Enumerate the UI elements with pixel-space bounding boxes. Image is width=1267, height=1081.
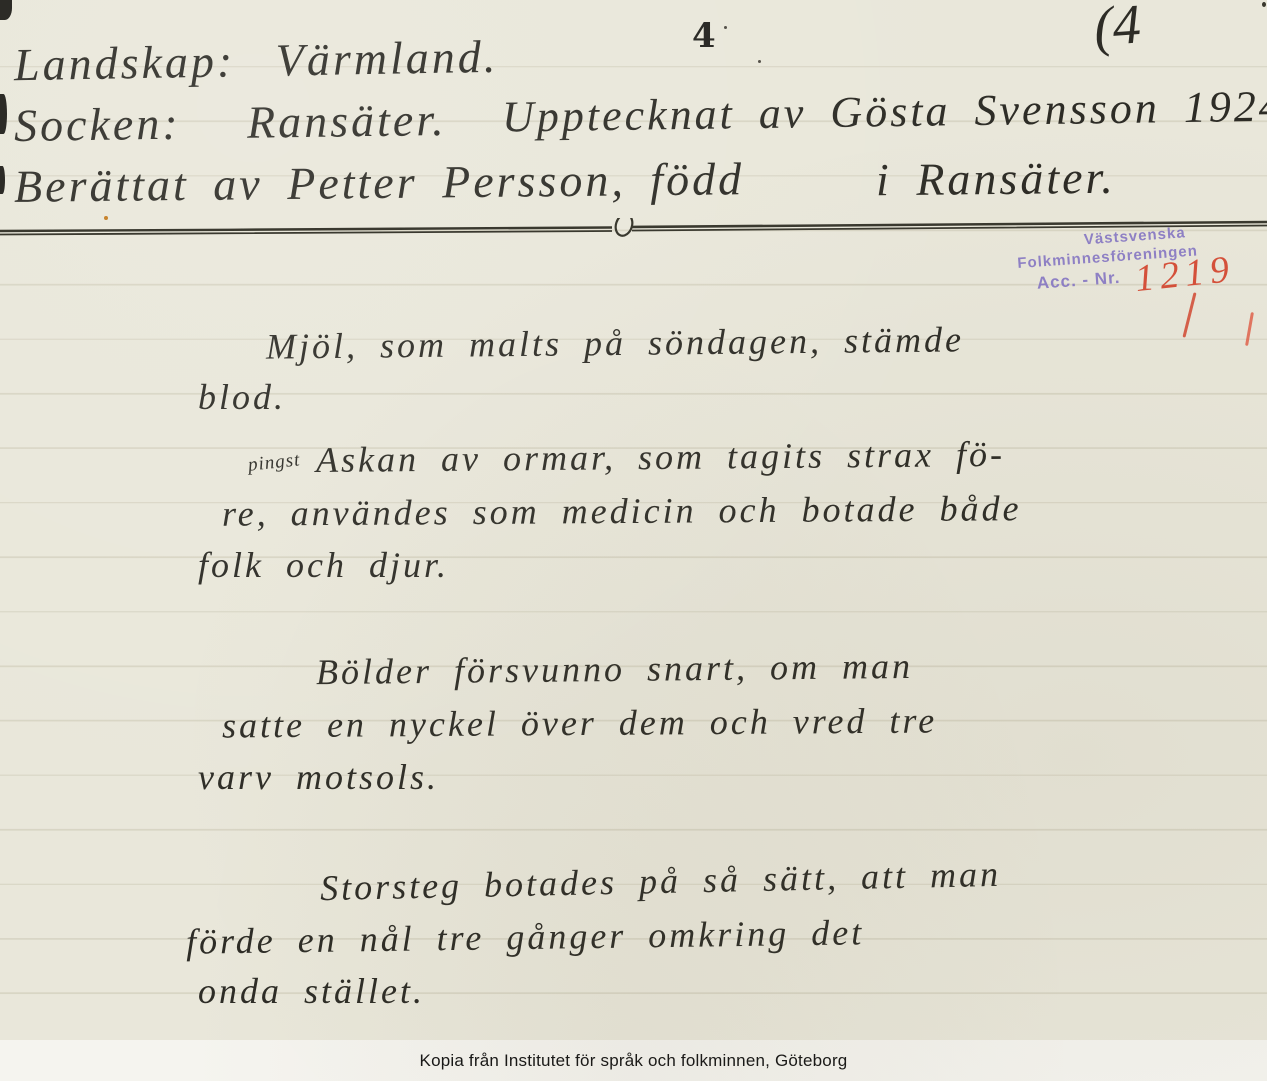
dust-speck (758, 60, 761, 63)
dust-speck (1262, 2, 1266, 7)
landskap-label: Landskap: (14, 35, 236, 90)
header-line-socken: Socken: Ransäter. (14, 93, 447, 152)
scanned-manuscript-page: 4 (4 Landskap: Värmland. Socken: Ransäte… (0, 0, 1267, 1081)
paragraph-2-inserted-word: pingst (247, 449, 301, 476)
red-pen-mark (1245, 312, 1254, 346)
paragraph-2-line-3: folk och djur. (198, 544, 449, 586)
paragraph-3-line-3: varv motsols. (198, 756, 439, 798)
paragraph-3-line-1: Bölder försvunno snart, om man (316, 645, 913, 693)
scan-artifact (0, 94, 7, 134)
dust-speck (724, 26, 727, 29)
archive-caption-text: Kopia från Institutet för språk och folk… (420, 1051, 848, 1071)
scan-artifact (0, 0, 12, 20)
scan-artifact (0, 166, 5, 194)
header-line-landskap: Landskap: Värmland. (14, 30, 499, 91)
paragraph-4-line-2: förde en nål tre gånger omkring det (186, 911, 865, 962)
page-number-printed: 4 (692, 16, 716, 56)
page-number-handwritten: (4 (1092, 0, 1143, 60)
paragraph-4-line-1: Storsteg botades på så sätt, att man (320, 853, 1002, 909)
paragraph-2-line-2: re, användes som medicin och botade både (222, 487, 1022, 535)
paragraph-4-line-3: onda stället. (198, 970, 425, 1012)
socken-value: Ransäter. (247, 94, 447, 148)
header-line-berattat-place: i Ransäter. (876, 151, 1116, 207)
paragraph-2-line-1: Askan av ormar, som tagits strax fö- (316, 433, 1005, 481)
socken-label: Socken: (14, 98, 181, 151)
landskap-value: Värmland. (275, 31, 498, 86)
archive-caption-bar: Kopia från Institutet för språk och folk… (0, 1040, 1267, 1081)
paragraph-1-line-2: blod. (198, 376, 286, 418)
paragraph-3-line-2: satte en nyckel över dem och vred tre (222, 700, 937, 747)
header-line-berattat: Berättat av Petter Persson, född (14, 152, 745, 213)
header-line-upptecknat: Upptecknat av Gösta Svensson 1924. (502, 80, 1267, 142)
paragraph-1-line-1: Mjöl, som malts på söndagen, stämde (266, 318, 964, 367)
